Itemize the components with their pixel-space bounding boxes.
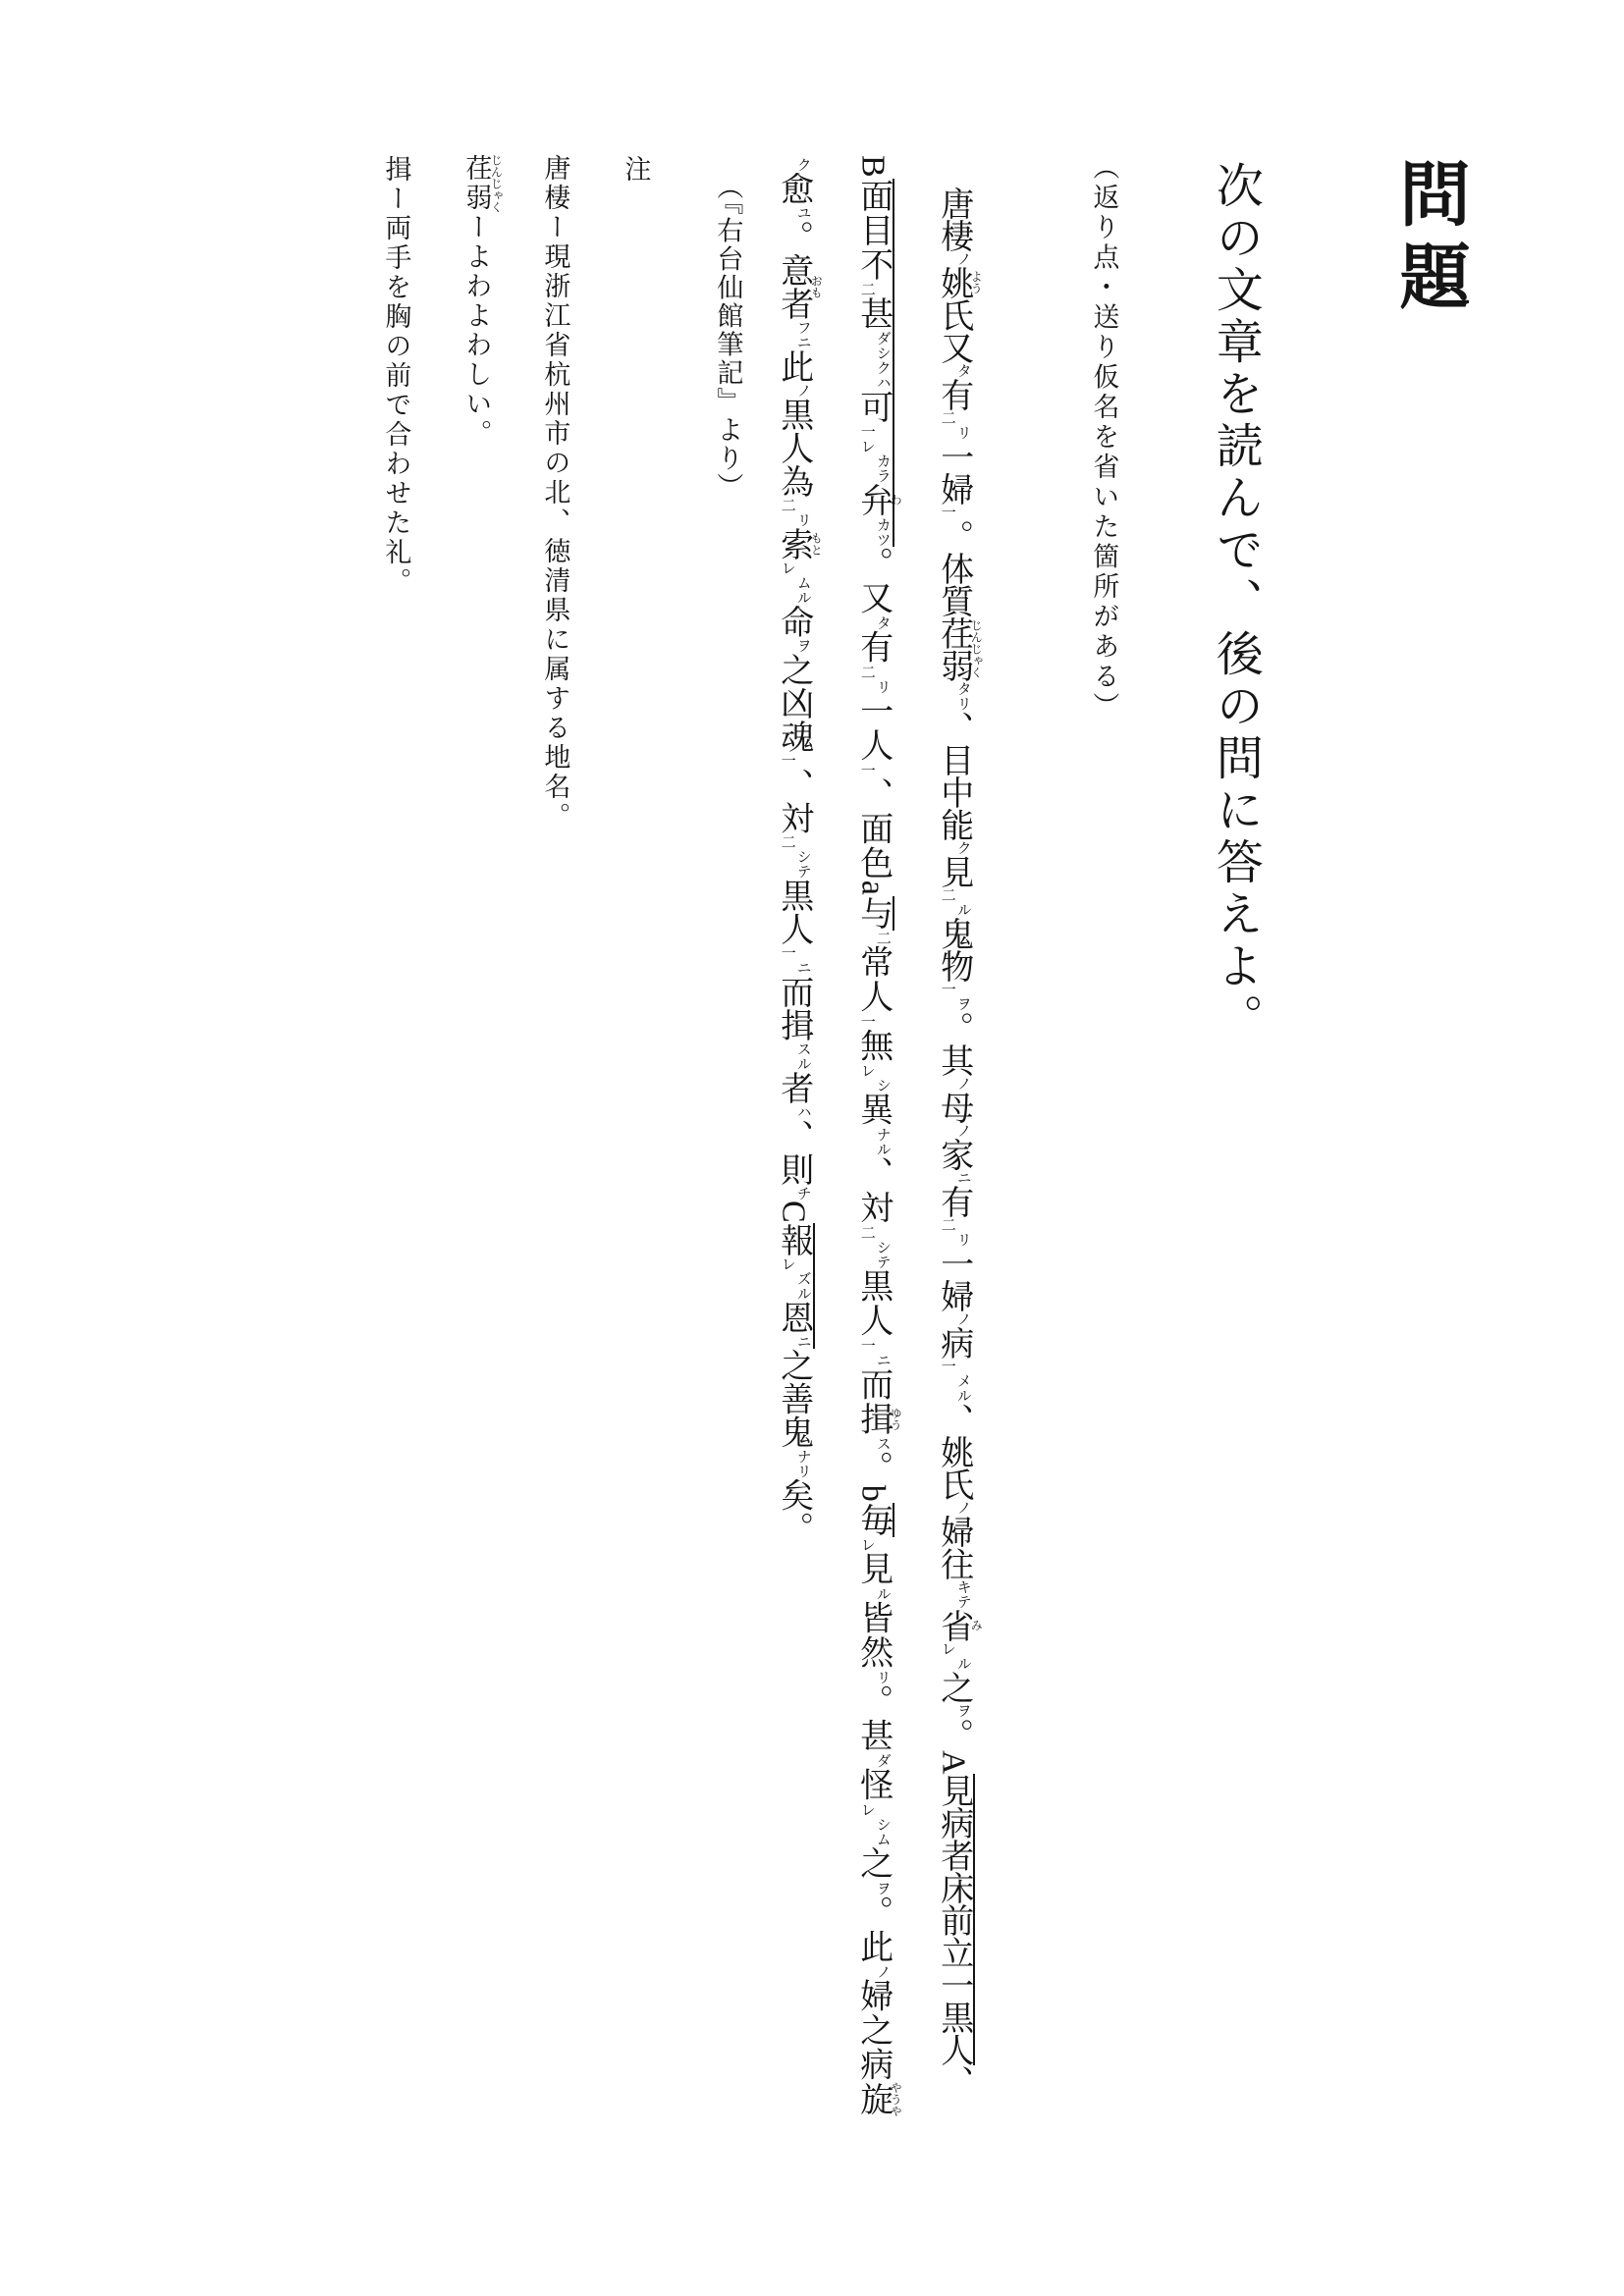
base-char: ーよわよわしい。 — [461, 213, 491, 449]
okurigana-mark: ヲ — [955, 996, 971, 1011]
furigana: ゆう — [889, 1402, 902, 1436]
base-char: 、 — [776, 768, 812, 801]
base-char: 前 — [936, 1903, 972, 1936]
okurigana-mark: タ — [955, 681, 971, 696]
base-char: b — [855, 1485, 892, 1503]
okurigana-mark: ズ — [795, 1271, 811, 1286]
kaeriten-mark: 一 — [780, 753, 795, 768]
kaeriten-mark: 一 — [940, 982, 955, 996]
okurigana-mark: リ — [955, 696, 971, 711]
ruby-base: 姚よう — [936, 266, 972, 298]
base-char: 、 — [855, 777, 892, 812]
ruby-base: 荏弱じんじゃく — [461, 154, 491, 213]
base-char: 者 — [776, 1071, 812, 1104]
base-char: 則 — [776, 1152, 812, 1186]
kaeriten-mark: レ — [859, 1063, 875, 1078]
exam-page: 問題 次の文章を読んで、後の問に答えよ。 （返り点・送り仮名を省いた箇所がある）… — [0, 0, 1624, 2296]
base-char: 毎 — [855, 1503, 892, 1537]
base-char: 床 — [936, 1871, 972, 1903]
passage-line-2: B面目不二甚ダシクハ可一レカラ弁わカツ。又タ有二リ一人一、面色a与二常人一無レシ… — [855, 155, 901, 2116]
base-char: 面 — [855, 812, 892, 846]
kaeriten-mark: 二 — [859, 665, 875, 679]
kaeriten-omission-note: （返り点・送り仮名を省いた箇所がある） — [1090, 153, 1117, 722]
kaeriten-mark: 一 — [859, 424, 875, 439]
base-char: 、 — [855, 1156, 892, 1191]
okurigana-mark: ノ — [955, 1311, 971, 1326]
okurigana-mark: ノ — [795, 383, 811, 398]
base-char: 一 — [936, 440, 972, 472]
okurigana-mark: ル — [955, 1656, 971, 1671]
base-char: 氏 — [936, 1468, 972, 1500]
base-char: 人 — [776, 431, 812, 464]
kaeriten-mark: レ — [940, 1641, 955, 1656]
okurigana-mark: ス — [875, 1436, 891, 1451]
base-char: 鬼 — [936, 917, 972, 949]
base-char: 質 — [936, 584, 972, 616]
underline-segment-b: 毎 — [855, 1503, 894, 1537]
okurigana-mark: ナ — [875, 1127, 891, 1142]
base-char: 之 — [936, 1671, 972, 1703]
base-char: 一 — [855, 694, 892, 728]
okurigana-mark: リ — [875, 679, 891, 694]
base-char: 見 — [936, 855, 972, 887]
okurigana-mark: ノ — [875, 1964, 891, 1979]
base-char: 凶 — [776, 686, 812, 720]
base-char: 然 — [855, 1635, 892, 1670]
base-char: 其 — [936, 1043, 972, 1076]
base-char: 、 — [936, 1403, 972, 1435]
base-char: 無 — [855, 1029, 892, 1063]
base-char: 唐 — [936, 187, 972, 219]
okurigana-mark: ル — [875, 1142, 891, 1156]
ruby-base: 索もと — [776, 527, 812, 561]
ruby-base: 弁わ — [855, 483, 892, 517]
underline-segment-a: 与 — [855, 896, 894, 931]
base-char: C — [776, 1201, 812, 1223]
base-char: 人 — [855, 728, 892, 763]
okurigana-mark: ニ — [795, 335, 811, 349]
okurigana-mark: ハ — [795, 1104, 811, 1119]
base-char: 病 — [855, 2048, 892, 2082]
base-char: 病 — [936, 1326, 972, 1359]
okurigana-mark: ヲ — [795, 638, 811, 653]
base-char: 矣 — [776, 1478, 812, 1512]
kaeriten-mark: 一 — [940, 1359, 955, 1373]
base-char: 。 — [855, 1684, 892, 1719]
okurigana-mark: ツ — [875, 532, 891, 547]
base-char: 往 — [936, 1547, 972, 1579]
okurigana-mark: ノ — [955, 1123, 971, 1138]
base-char: 之 — [776, 1349, 812, 1382]
okurigana-mark: ヲ — [875, 1881, 891, 1896]
base-char: 体 — [936, 552, 972, 584]
base-char: 異 — [855, 1093, 892, 1127]
base-char: 。 — [936, 1718, 972, 1750]
okurigana-mark: フ — [795, 320, 811, 335]
okurigana-mark: ル — [795, 590, 811, 605]
base-char: 善 — [776, 1382, 812, 1415]
okurigana-mark: シ — [795, 849, 811, 864]
base-char: 不 — [855, 247, 892, 282]
base-char: 氏 — [936, 298, 972, 331]
base-char: 見 — [936, 1774, 972, 1806]
base-char: 棲 — [936, 219, 972, 251]
base-char: 魂 — [776, 720, 812, 753]
okurigana-mark: ス — [795, 1041, 811, 1056]
base-char: 。 — [855, 1896, 892, 1930]
kaeriten-mark: 二 — [780, 834, 795, 849]
base-char: 対 — [855, 1191, 892, 1225]
okurigana-mark: ク — [795, 157, 811, 172]
kaeriten-mark: 一 — [780, 945, 795, 960]
okurigana-mark: ク — [955, 840, 971, 855]
source-citation: （『右台仙館筆記』より） — [714, 173, 741, 502]
passage-line-1: 唐棲ノ姚よう氏又タ有二リ一婦一。体質荏弱じんじゃくタリ、目中能ク見二ル鬼物一ヲ。… — [936, 187, 982, 2098]
base-char: 。 — [776, 1512, 812, 1545]
page-title: 問題 — [1390, 157, 1465, 322]
base-char: 物 — [936, 949, 972, 982]
furigana: じんじゃく — [489, 154, 503, 213]
base-char: 婦 — [936, 472, 972, 505]
okurigana-mark: テ — [875, 1255, 891, 1269]
okurigana-mark: ラ — [875, 468, 891, 483]
base-char: 見 — [855, 1552, 892, 1586]
okurigana-mark: チ — [795, 1186, 811, 1201]
furigana: じんじゃく — [969, 616, 983, 681]
okurigana-mark: シ — [875, 1240, 891, 1255]
base-char: 。 — [855, 547, 892, 581]
furigana: よう — [969, 266, 983, 298]
furigana: わ — [889, 483, 902, 517]
okurigana-mark: シ — [875, 346, 891, 360]
furigana: もと — [809, 527, 823, 561]
okurigana-mark: ノ — [955, 251, 971, 266]
ruby-base: 旋やうや — [855, 2082, 892, 2117]
kaeriten-mark: 二 — [940, 410, 955, 425]
base-char: 。 — [855, 1451, 892, 1485]
base-char: 為 — [776, 464, 812, 498]
base-char: 、 — [776, 1119, 812, 1152]
okurigana-mark: ム — [875, 1832, 891, 1846]
base-char: 一 — [936, 1247, 972, 1279]
base-char: 一 — [936, 1968, 972, 2001]
base-char: 、 — [936, 2065, 972, 2098]
base-char: 此 — [776, 349, 812, 383]
furigana: おも — [809, 253, 823, 320]
ruby-base: 省み — [936, 1609, 972, 1641]
kaeriten-mark: レ — [780, 1256, 795, 1271]
okurigana-mark: タ — [955, 363, 971, 378]
base-char: 怪 — [855, 1768, 892, 1802]
ruby-base: 揖ゆう — [855, 1402, 892, 1436]
okurigana-mark: シ — [875, 1078, 891, 1093]
base-char: 病 — [936, 1806, 972, 1839]
okurigana-mark: テ — [955, 1594, 971, 1609]
base-char: 中 — [936, 775, 972, 808]
okurigana-mark: ニ — [795, 960, 811, 975]
base-char: 報 — [776, 1223, 812, 1256]
base-char: 又 — [855, 581, 892, 615]
okurigana-mark: リ — [955, 1232, 971, 1247]
base-char: 能 — [936, 808, 972, 840]
base-char: 与 — [855, 896, 892, 931]
base-char: 色 — [855, 846, 892, 881]
base-char: 人 — [855, 1304, 892, 1338]
base-char: 母 — [936, 1091, 972, 1123]
base-char: 黒 — [776, 879, 812, 912]
kaeriten-mark: 二 — [940, 887, 955, 902]
instruction-text: 次の文章を読んで、後の問に答えよ。 — [1210, 161, 1259, 1045]
okurigana-mark: リ — [955, 425, 971, 440]
okurigana-mark: ム — [795, 575, 811, 590]
okurigana-mark: ニ — [955, 1170, 971, 1185]
base-char: 姚 — [936, 1435, 972, 1468]
okurigana-mark: ノ — [955, 1500, 971, 1515]
ruby-base: 意者おも — [776, 253, 812, 320]
base-char: 。 — [936, 519, 972, 552]
okurigana-mark: 二 — [875, 931, 891, 945]
base-char: 而 — [776, 975, 812, 1008]
base-char: 有 — [855, 630, 892, 665]
base-char: A — [936, 1750, 972, 1774]
ruby-base: 荏弱じんじゃく — [936, 616, 972, 681]
base-char: 。 — [936, 1011, 972, 1043]
kaeriten-mark: 二 — [859, 282, 875, 296]
base-char: 有 — [936, 378, 972, 410]
base-char: 面 — [855, 179, 892, 213]
kaeriten-mark: 二 — [780, 498, 795, 512]
kaeriten-mark: レ — [859, 439, 875, 454]
okurigana-mark: リ — [795, 512, 811, 527]
furigana: やうや — [889, 2081, 902, 2116]
kaeriten-mark: 一 — [859, 1338, 875, 1353]
base-char: 有 — [936, 1185, 972, 1217]
base-char: 又 — [936, 331, 972, 363]
okurigana-mark: ル — [795, 1286, 811, 1301]
base-char: 唐棲ー現浙江省杭州市の北、徳清県に属する地名。 — [540, 154, 569, 831]
base-char: 、 — [936, 711, 972, 743]
okurigana-mark: ル — [875, 1586, 891, 1601]
passage-line-3: ク愈ユ。意者おもフニ此ノ黒人為二リ索もとレムル命ヲ之凶魂一、対二シテ黒人一ニ而揖… — [776, 157, 822, 1545]
okurigana-mark: ダ — [875, 331, 891, 346]
okurigana-mark: ル — [955, 1388, 971, 1403]
base-char: 婦 — [936, 1279, 972, 1311]
base-char: a — [855, 881, 892, 896]
kaeriten-mark: レ — [859, 1537, 875, 1552]
okurigana-mark: ニ — [795, 1334, 811, 1349]
okurigana-mark: テ — [795, 864, 811, 879]
underline-segment-B: 面目不二甚ダシクハ可一レカラ弁わカツ — [855, 179, 894, 547]
base-char: 甚 — [855, 1719, 892, 1753]
base-char: 人 — [776, 912, 812, 945]
notes-header: 注 — [622, 155, 649, 182]
underline-segment-A: 見病者床前立一黒人 — [936, 1774, 975, 2065]
base-char: 対 — [776, 801, 812, 834]
okurigana-mark: シ — [875, 1817, 891, 1832]
base-char: 揖ー両手を胸の前で合わせた礼。 — [381, 155, 410, 597]
okurigana-mark: カ — [875, 517, 891, 532]
okurigana-mark: リ — [875, 1670, 891, 1684]
base-char: 甚 — [855, 296, 892, 331]
kaeriten-mark: 二 — [940, 1217, 955, 1232]
base-char: 立 — [936, 1936, 972, 1968]
base-char: 。 — [776, 220, 812, 253]
base-char: 者 — [936, 1839, 972, 1871]
base-char: 人 — [936, 2033, 972, 2065]
kaeriten-mark: 二 — [859, 1225, 875, 1240]
base-char: 黒 — [776, 398, 812, 431]
okurigana-mark: ヲ — [955, 1703, 971, 1718]
okurigana-mark: ユ — [795, 205, 811, 220]
base-char: 可 — [855, 390, 892, 424]
base-char: 黒 — [855, 1269, 892, 1304]
okurigana-mark: ハ — [875, 375, 891, 390]
base-char: 皆 — [855, 1601, 892, 1635]
base-char: 此 — [855, 1930, 892, 1964]
base-char: 鬼 — [776, 1415, 812, 1449]
base-char: 目 — [936, 743, 972, 775]
okurigana-mark: ノ — [955, 1076, 971, 1091]
base-char: 之 — [855, 2013, 892, 2048]
okurigana-mark: ダ — [875, 1753, 891, 1768]
note-item-jinjaku: 荏弱じんじゃくーよわよわしい。 — [462, 154, 502, 449]
okurigana-mark: ル — [955, 902, 971, 917]
base-char: 之 — [776, 653, 812, 686]
base-char: 恩 — [776, 1301, 812, 1334]
base-char: 婦 — [855, 1979, 892, 2013]
furigana: み — [969, 1609, 983, 1641]
okurigana-mark: ニ — [875, 1353, 891, 1367]
base-char: 常 — [855, 945, 892, 980]
okurigana-mark: キ — [955, 1579, 971, 1594]
kaeriten-mark: 一 — [940, 505, 955, 519]
okurigana-mark: ナ — [795, 1449, 811, 1464]
base-char: 之 — [855, 1846, 892, 1881]
okurigana-mark: カ — [875, 454, 891, 468]
kaeriten-mark: 一 — [859, 1014, 875, 1029]
base-char: 目 — [855, 213, 892, 247]
base-char: 家 — [936, 1138, 972, 1170]
kaeriten-mark: レ — [780, 561, 795, 575]
base-char: 命 — [776, 605, 812, 638]
base-char: 愈 — [776, 172, 812, 205]
base-char: B — [855, 155, 892, 179]
base-char: 而 — [855, 1367, 892, 1402]
base-char: 揖 — [776, 1008, 812, 1041]
kaeriten-mark: 一 — [859, 763, 875, 777]
kaeriten-mark: レ — [859, 1802, 875, 1817]
base-char: 黒 — [936, 2001, 972, 2033]
underline-segment-C: 報レズル恩ニ — [776, 1223, 815, 1349]
okurigana-mark: リ — [795, 1464, 811, 1478]
base-char: 人 — [855, 980, 892, 1014]
okurigana-mark: ル — [795, 1056, 811, 1071]
okurigana-mark: ク — [875, 360, 891, 375]
note-item-yuu: 揖ー両手を胸の前で合わせた礼。 — [382, 155, 409, 597]
base-char: 婦 — [936, 1515, 972, 1547]
okurigana-mark: タ — [875, 615, 891, 630]
note-item-tousei: 唐棲ー現浙江省杭州市の北、徳清県に属する地名。 — [541, 154, 568, 831]
okurigana-mark: メ — [955, 1373, 971, 1388]
